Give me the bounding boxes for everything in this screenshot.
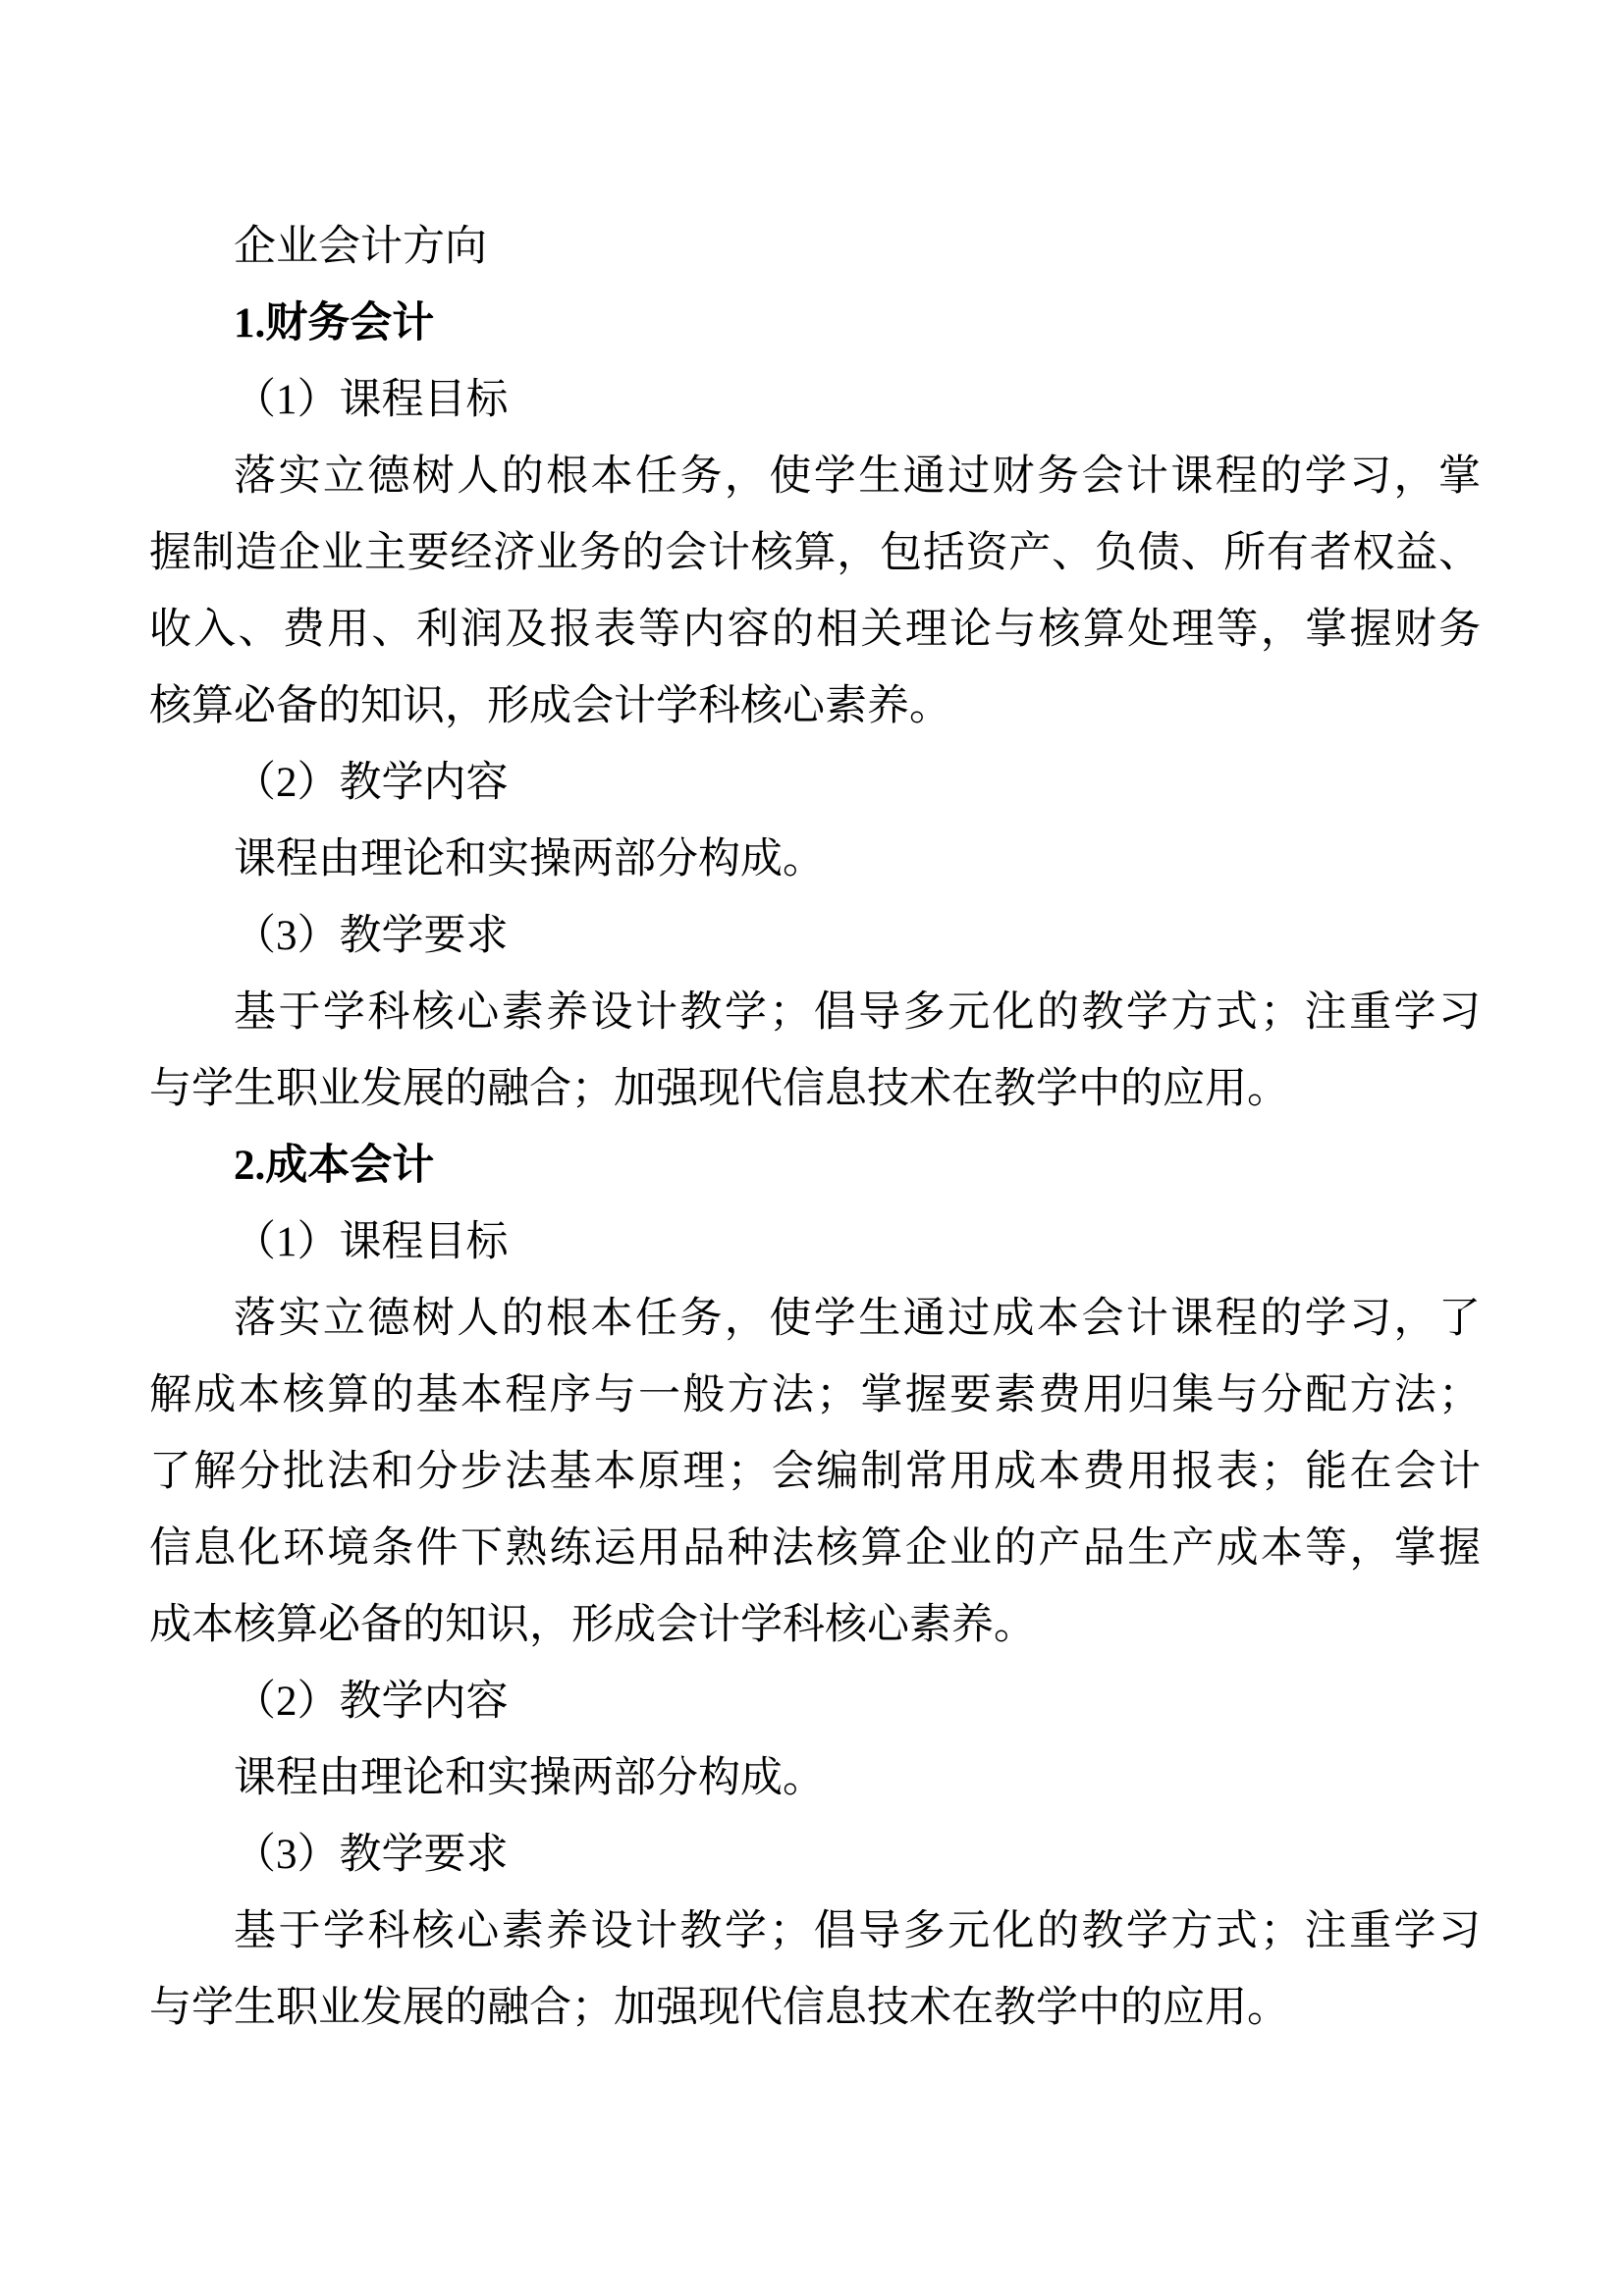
- s1-content-heading: （2）教学内容: [149, 745, 1481, 822]
- s2-content-heading: （2）教学内容: [149, 1664, 1481, 1740]
- s2-objective-heading: （1）课程目标: [149, 1204, 1481, 1281]
- s1-objective-heading: （1）课程目标: [149, 362, 1481, 439]
- s1-objective-line-3: 收入、费用、利润及报表等内容的相关理论与核算处理等，掌握财务: [149, 592, 1481, 668]
- s2-objective-line-1: 落实立德树人的根本任务，使学生通过成本会计课程的学习，了: [149, 1281, 1481, 1358]
- s1-requirement-line-1: 基于学科核心素养设计教学；倡导多元化的教学方式；注重学习: [149, 975, 1481, 1051]
- s2-objective-line-4: 信息化环境条件下熟练运用品种法核算企业的产品生产成本等，掌握: [149, 1511, 1481, 1587]
- section-2-heading: 2.成本会计: [149, 1128, 1481, 1204]
- section-1-heading: 1.财务会计: [149, 286, 1481, 362]
- document-page: 企业会计方向1.财务会计（1）课程目标落实立德树人的根本任务，使学生通过财务会计…: [0, 0, 1624, 2296]
- s1-objective-line-1: 落实立德树人的根本任务，使学生通过财务会计课程的学习，掌: [149, 439, 1481, 515]
- s1-requirement-line-2: 与学生职业发展的融合；加强现代信息技术在教学中的应用。: [149, 1051, 1481, 1128]
- s2-objective-line-2: 解成本核算的基本程序与一般方法；掌握要素费用归集与分配方法；: [149, 1358, 1481, 1434]
- s2-requirement-heading: （3）教学要求: [149, 1817, 1481, 1894]
- text-block: 企业会计方向1.财务会计（1）课程目标落实立德树人的根本任务，使学生通过财务会计…: [149, 209, 1481, 2047]
- direction-title: 企业会计方向: [149, 209, 1481, 286]
- s2-objective-line-5: 成本核算必备的知识，形成会计学科核心素养。: [149, 1587, 1481, 1664]
- s1-content-line-1: 课程由理论和实操两部分构成。: [149, 822, 1481, 898]
- s2-objective-line-3: 了解分批法和分步法基本原理；会编制常用成本费用报表；能在会计: [149, 1434, 1481, 1511]
- s2-requirement-line-1: 基于学科核心素养设计教学；倡导多元化的教学方式；注重学习: [149, 1894, 1481, 1970]
- s1-objective-line-4: 核算必备的知识，形成会计学科核心素养。: [149, 668, 1481, 745]
- s2-content-line-1: 课程由理论和实操两部分构成。: [149, 1740, 1481, 1817]
- s2-requirement-line-2: 与学生职业发展的融合；加强现代信息技术在教学中的应用。: [149, 1970, 1481, 2047]
- s1-objective-line-2: 握制造企业主要经济业务的会计核算，包括资产、负债、所有者权益、: [149, 515, 1481, 592]
- s1-requirement-heading: （3）教学要求: [149, 898, 1481, 975]
